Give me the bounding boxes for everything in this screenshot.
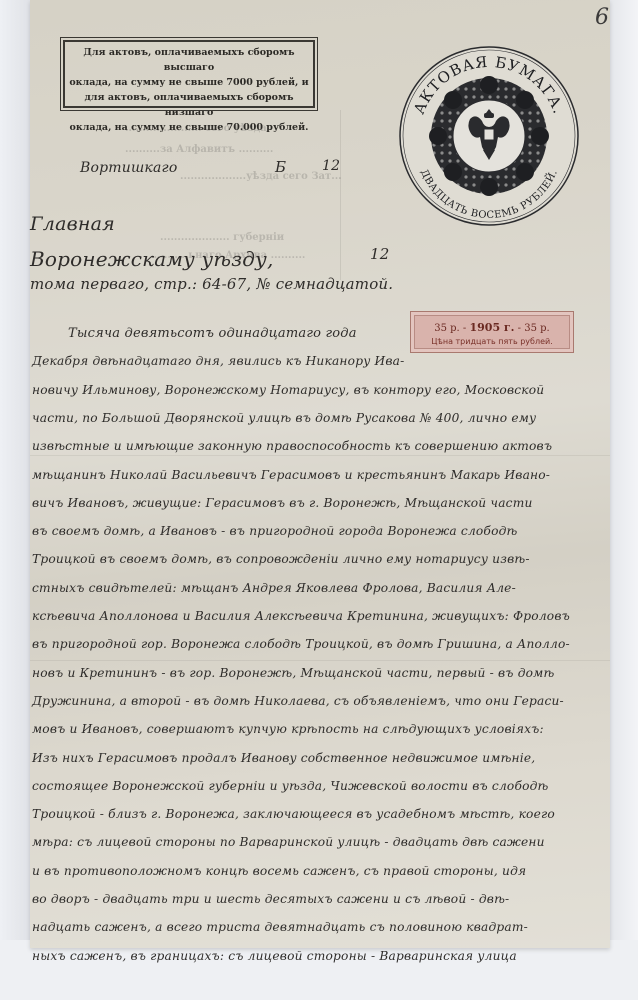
handwritten-line: Троицкой въ своемъ домѣ, въ сопровожденi… — [32, 552, 530, 566]
faint-preprinted-line: ...................... сего уѣзда — [125, 123, 267, 134]
handwritten-line: Троицкой - близъ г. Воронежа, заключающе… — [32, 807, 555, 821]
handwritten-line: мѣра: съ лицевой стороны по Варваринской… — [32, 835, 545, 849]
handwritten-line: новъ и Кретининъ - въ гор. Воронежѣ, Мѣщ… — [32, 666, 554, 680]
form-divider — [340, 110, 341, 280]
handwritten-line: ксѣевича Аполлонова и Василия Алексѣевич… — [32, 609, 570, 623]
faint-preprinted-line: ..........за Алфавитъ .......... — [125, 144, 273, 155]
handwritten-line: состоящее Воронежской губернiи и уѣзда, … — [32, 779, 549, 793]
revenue-stamp-price: 35 р. - 1905 г. - 35 р. — [411, 321, 573, 334]
handwritten-line: Декабря двѣнадцатаго дня, явились къ Ник… — [32, 354, 404, 368]
heading-glavnaya: Главная — [30, 213, 115, 235]
revenue-stamp-caption: Цѣна тридцать пять рублей. — [411, 337, 573, 346]
printed-notice-box: Для актовъ, оплачиваемыхъ сборомъ высшаг… — [63, 40, 315, 108]
register-letter: Б — [275, 158, 286, 176]
handwritten-line: мовъ и Ивановъ, совершаютъ купчую крѣпос… — [32, 722, 544, 736]
district-line: Воронежскаму уѣзду, — [30, 247, 274, 271]
handwritten-line: ныхъ саженъ, въ границахъ: съ лицевой ст… — [32, 949, 517, 963]
notice-line: для актовъ, оплачиваемыхъ сборомъ низшаг… — [65, 90, 313, 120]
background-right — [608, 0, 638, 1000]
page-number: 6 — [595, 5, 609, 30]
handwritten-line: новичу Ильминову, Воронежскому Нотариусу… — [32, 383, 544, 397]
handwritten-line: вичъ Ивановъ, живущие: Герасимовъ въ г. … — [32, 496, 533, 510]
handwritten-line: въ пригородной гор. Воронежа слободѣ Тро… — [32, 637, 570, 651]
paper-fold — [30, 455, 610, 456]
background-left — [0, 0, 32, 1000]
notice-line: оклада, на сумму не свыше 7000 рублей, и — [65, 75, 313, 90]
document-page: Для актовъ, оплачиваемыхъ сборомъ высшаг… — [30, 0, 610, 948]
register-number: 12 — [322, 158, 340, 174]
handwritten-line: Дружинина, а второй - въ домѣ Николаева,… — [32, 694, 564, 708]
handwritten-line: во дворъ - двадцать три и шесть десятыхъ… — [32, 892, 509, 906]
aktovaya-bumaga-seal: АКТОВАЯ БУМАГА. ДВАДЦАТЬ ВОСЕМЬ РУБЛЕЙ. — [398, 45, 580, 227]
handwritten-line: надцать саженъ, а всего триста девятнадц… — [32, 920, 528, 934]
handwritten-line: мѣщанинъ Николай Васильевичъ Герасимовъ … — [32, 468, 550, 482]
revenue-stamp: 35 р. - 1905 г. - 35 р. Цѣна тридцать пя… — [400, 303, 582, 359]
handwritten-line: части, по Большой Дворянской улицѣ въ до… — [32, 411, 536, 425]
faint-preprinted-line: .................... губернiи — [160, 232, 284, 243]
handwritten-line: Изъ нихъ Герасимовъ продалъ Ивановy собс… — [32, 751, 535, 765]
register-line: Вортишкаго — [80, 160, 177, 176]
faint-preprinted-line: ...................уѣзда сего Зат... — [180, 171, 342, 182]
paper-fold — [30, 660, 610, 661]
handwritten-line: Тысяча девятьсотъ одинадцатаго года — [68, 326, 357, 341]
volume-line: тома перваго, стр.: 64-67, № семнадцатой… — [30, 275, 393, 293]
notice-line: Для актовъ, оплачиваемыхъ сборомъ высшаг… — [65, 45, 313, 75]
handwritten-line: стныхъ свидѣтелей: мѣщанъ Андрея Яковлев… — [32, 581, 516, 595]
handwritten-line: извѣстные и имѣющие законную правоспособ… — [32, 439, 552, 453]
handwritten-line: и въ противоположномъ концѣ восемь сажен… — [32, 864, 526, 878]
district-number: 12 — [370, 245, 390, 263]
handwritten-line: въ своемъ домѣ, а Ивановъ - въ пригородн… — [32, 524, 518, 538]
